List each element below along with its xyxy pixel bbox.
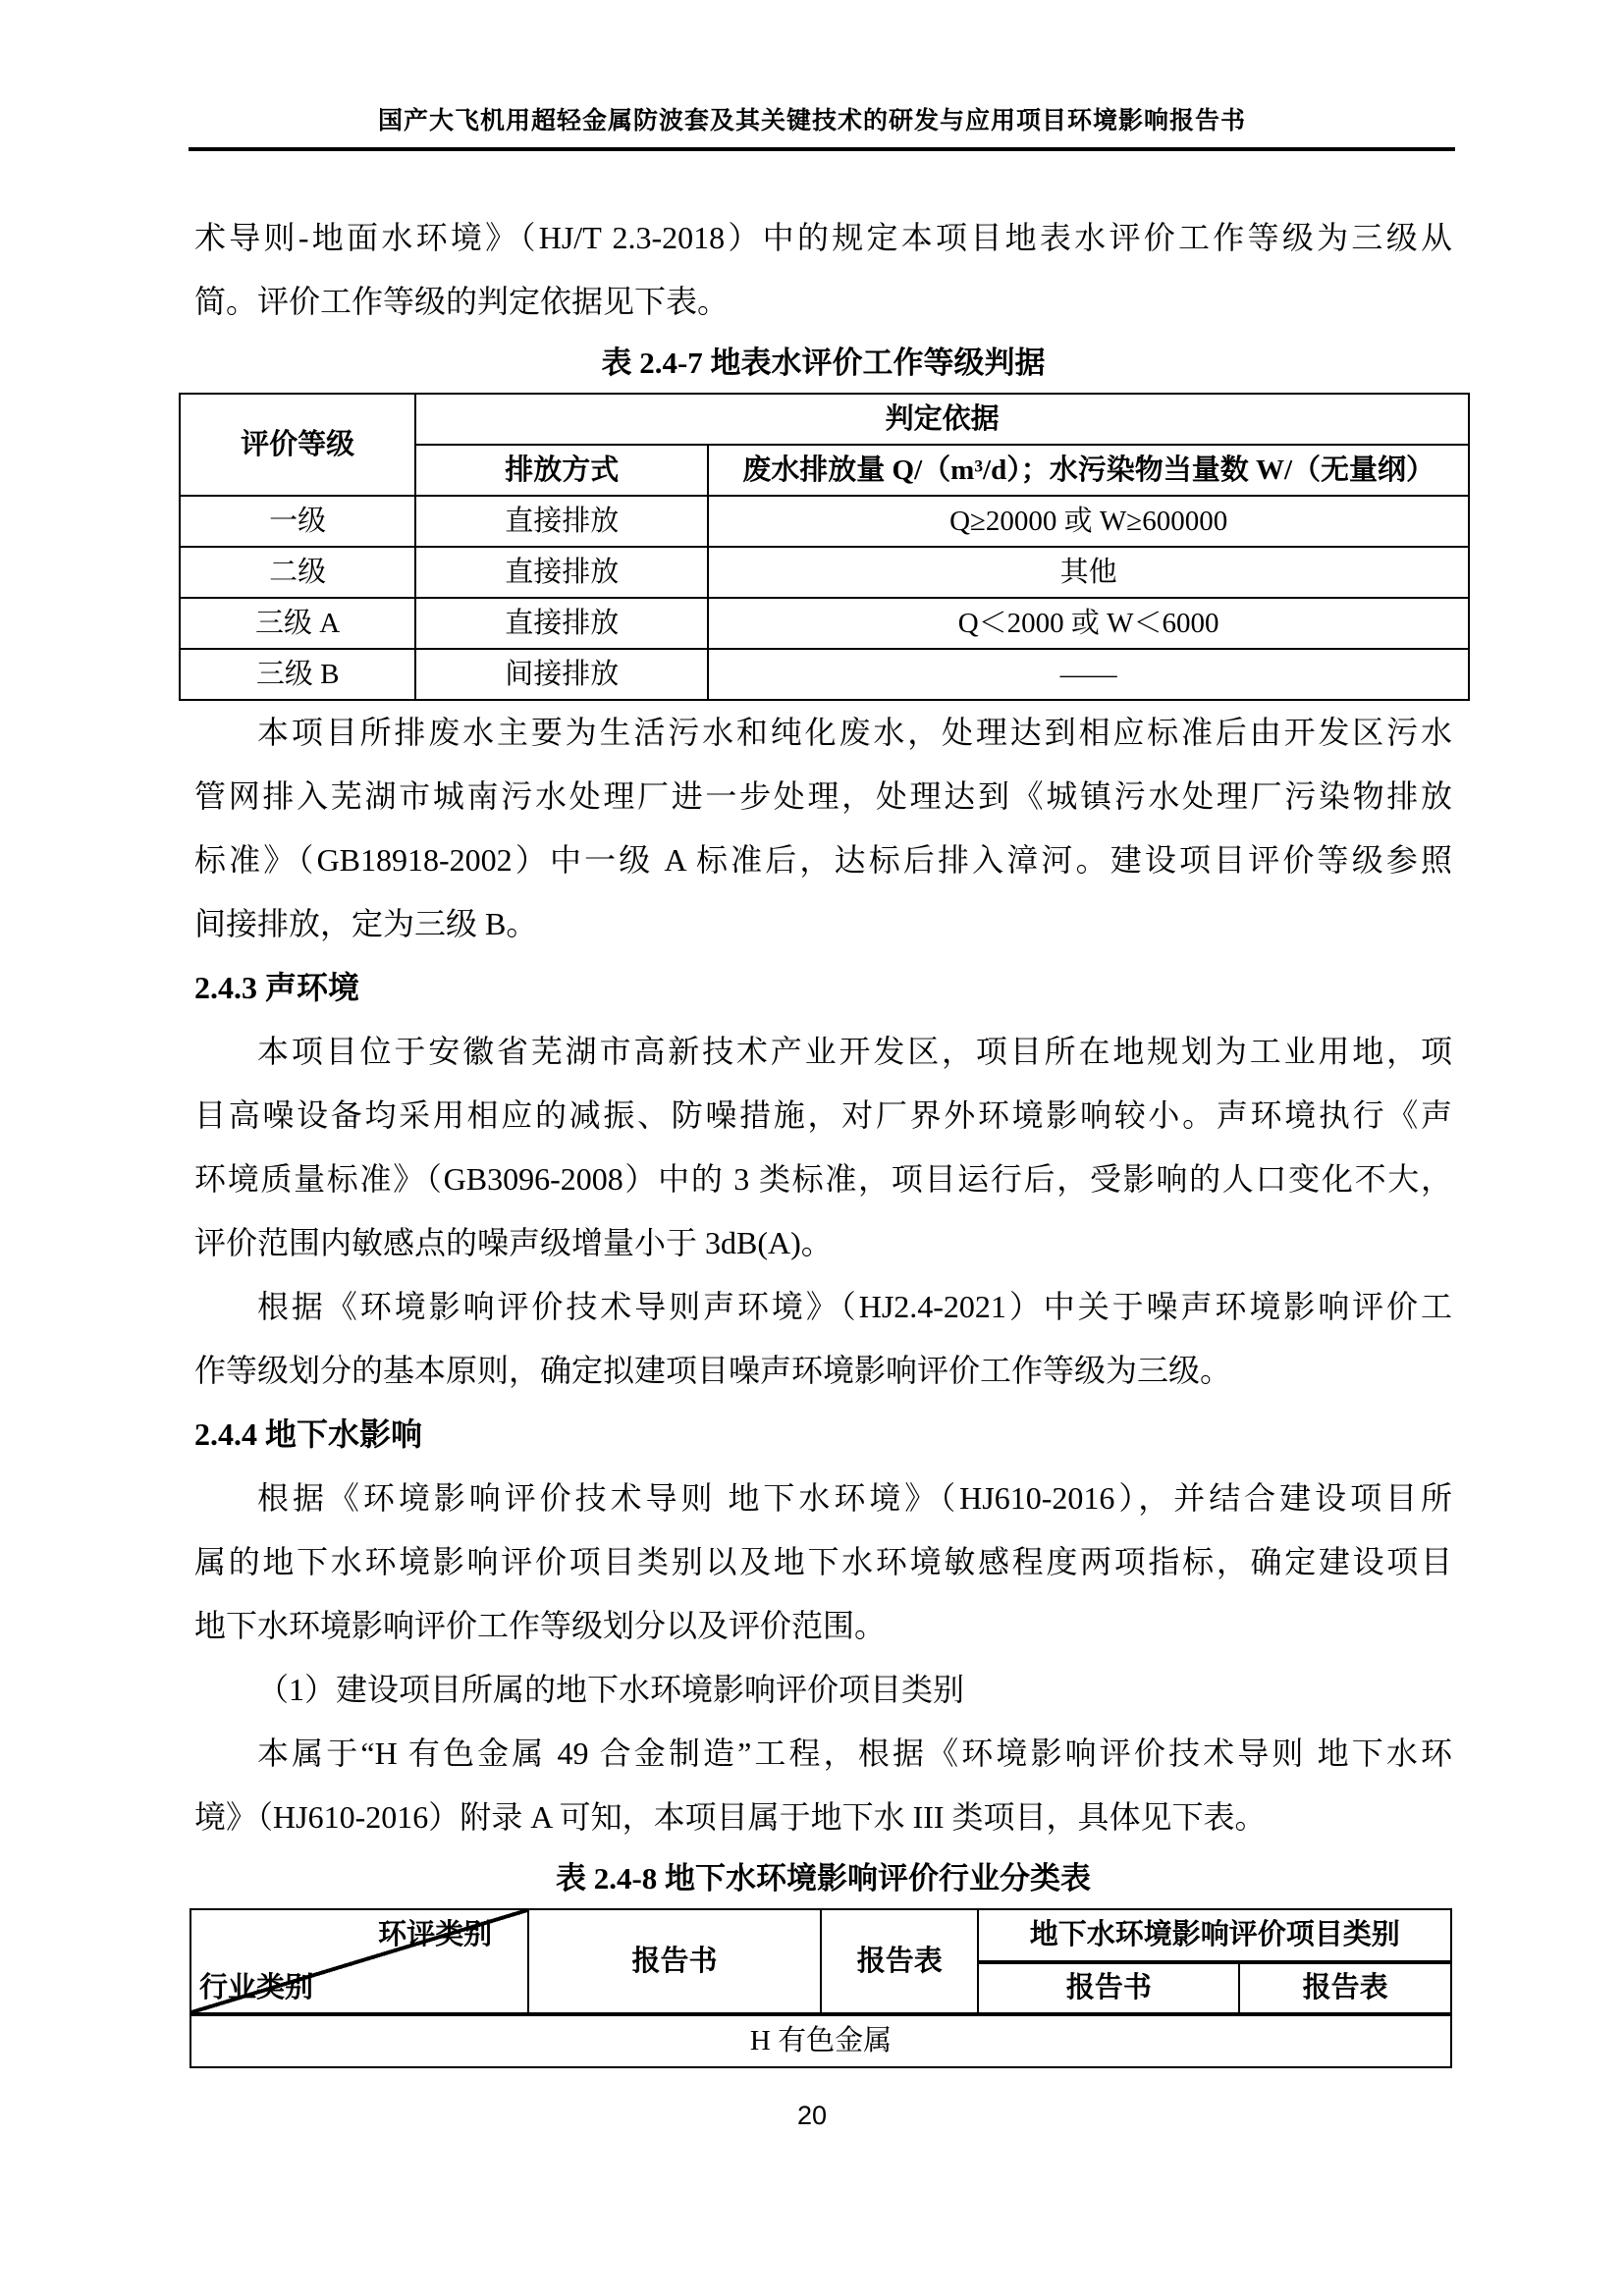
table-row: 环评类别 行业类别 报告书 报告表 地下水环境影响评价项目类别 bbox=[190, 1909, 1451, 1962]
page-number: 20 bbox=[0, 2101, 1624, 2131]
table-cell: 三级 B bbox=[180, 649, 415, 700]
paragraph-line: 根据《环境影响评价技术导则声环境》（HJ2.4-2021）中关于噪声环境影响评价… bbox=[194, 1275, 1452, 1339]
paragraph-line: 术导则-地面水环境》（HJ/T 2.3-2018）中的规定本项目地表水评价工作等… bbox=[194, 206, 1452, 270]
table-cell: 二级 bbox=[180, 547, 415, 598]
section-heading-243: 2.4.3 声环境 bbox=[194, 956, 1452, 1020]
table-row: 三级 B 间接排放 —— bbox=[180, 649, 1469, 700]
paragraph-line: 间接排放，定为三级 B。 bbox=[194, 892, 1452, 956]
running-header: 国产大飞机用超轻金属防波套及其关键技术的研发与应用项目环境影响报告书 bbox=[0, 0, 1624, 139]
paragraph-line: 根据《环境影响评价技术导则 地下水环境》（HJ610-2016），并结合建设项目… bbox=[194, 1467, 1452, 1530]
diagonal-label-eia-category: 环评类别 bbox=[378, 1917, 492, 1952]
table-cell-evaluation-level: 评价等级 bbox=[180, 394, 415, 496]
table-cell-sub-report-form: 报告表 bbox=[1239, 1962, 1451, 2014]
table-cell: 间接排放 bbox=[415, 649, 708, 700]
running-header-title: 国产大飞机用超轻金属防波套及其关键技术的研发与应用项目环境影响报告书 bbox=[378, 108, 1246, 134]
paragraph-line: 目高噪设备均采用相应的减振、防噪措施，对厂界外环境影响较小。声环境执行《声 bbox=[194, 1084, 1452, 1148]
paragraph-line: 本项目位于安徽省芜湖市高新技术产业开发区，项目所在地规划为工业用地，项 bbox=[194, 1020, 1452, 1084]
paragraph-line: 标准》（GB18918-2002）中一级 A 标准后，达标后排入漳河。建设项目评… bbox=[194, 828, 1452, 892]
table-row: 一级 直接排放 Q≥20000 或 W≥600000 bbox=[180, 496, 1469, 547]
paragraph-line: 本属于“H 有色金属 49 合金制造”工程，根据《环境影响评价技术导则 地下水环 bbox=[194, 1722, 1452, 1786]
table-cell-discharge-quantity: 废水排放量 Q/（m³/d）；水污染物当量数 W/（无量纲） bbox=[708, 445, 1469, 496]
paragraph-line: 属的地下水环境影响评价项目类别以及地下水环境敏感程度两项指标，确定建设项目 bbox=[194, 1530, 1452, 1594]
header-divider bbox=[189, 147, 1455, 151]
paragraph-line: 简。评价工作等级的判定依据见下表。 bbox=[194, 270, 1452, 334]
document-page: 国产大飞机用超轻金属防波套及其关键技术的研发与应用项目环境影响报告书 术导则-地… bbox=[0, 0, 1624, 2296]
table-cell-discharge-mode: 排放方式 bbox=[415, 445, 708, 496]
table-cell-diagonal-header: 环评类别 行业类别 bbox=[190, 1909, 528, 2014]
table-cell-report-form: 报告表 bbox=[821, 1909, 979, 2014]
table-cell-report-book: 报告书 bbox=[528, 1909, 821, 2014]
table-cell: —— bbox=[708, 649, 1469, 700]
table-cell: 直接排放 bbox=[415, 496, 708, 547]
table-cell-groundwater-category-group: 地下水环境影响评价项目类别 bbox=[978, 1909, 1451, 1962]
section-heading-244: 2.4.4 地下水影响 bbox=[194, 1403, 1452, 1467]
table-cell: Q≥20000 或 W≥600000 bbox=[708, 496, 1469, 547]
paragraph-line: 地下水环境影响评价工作等级划分以及评价范围。 bbox=[194, 1594, 1452, 1658]
paragraph-line: 本项目所排废水主要为生活污水和纯化废水，处理达到相应标准后由开发区污水 bbox=[194, 701, 1452, 765]
table-row: 二级 直接排放 其他 bbox=[180, 547, 1469, 598]
table-cell: 直接排放 bbox=[415, 547, 708, 598]
diagonal-label-industry-category: 行业类别 bbox=[199, 1970, 313, 2005]
table-cell-judgement-basis: 判定依据 bbox=[415, 394, 1469, 445]
table-row: 评价等级 判定依据 bbox=[180, 394, 1469, 445]
document-body: 术导则-地面水环境》（HJ/T 2.3-2018）中的规定本项目地表水评价工作等… bbox=[194, 206, 1452, 2068]
table-surface-water-grading: 评价等级 判定依据 排放方式 废水排放量 Q/（m³/d）；水污染物当量数 W/… bbox=[179, 393, 1470, 701]
table-cell: 三级 A bbox=[180, 598, 415, 649]
paragraph-line: 评价范围内敏感点的噪声级增量小于 3dB(A)。 bbox=[194, 1211, 1452, 1275]
table2-title: 表 2.4-8 地下水环境影响评价行业分类表 bbox=[194, 1849, 1452, 1908]
table-cell: 一级 bbox=[180, 496, 415, 547]
table-cell: 直接排放 bbox=[415, 598, 708, 649]
table-cell: Q＜2000 或 W＜6000 bbox=[708, 598, 1469, 649]
table-cell-sub-report-book: 报告书 bbox=[978, 1962, 1239, 2014]
table-row: H 有色金属 bbox=[190, 2014, 1451, 2067]
table1-title: 表 2.4-7 地表水评价工作等级判据 bbox=[194, 334, 1452, 393]
paragraph-line: 管网排入芜湖市城南污水处理厂进一步处理，处理达到《城镇污水处理厂污染物排放 bbox=[194, 765, 1452, 828]
table-cell-industry-row: H 有色金属 bbox=[190, 2014, 1451, 2067]
paragraph-line: （1）建设项目所属的地下水环境影响评价项目类别 bbox=[194, 1658, 1452, 1722]
table-groundwater-industry-classification: 环评类别 行业类别 报告书 报告表 地下水环境影响评价项目类别 报告书 报告表 … bbox=[189, 1908, 1452, 2068]
paragraph-line: 作等级划分的基本原则，确定拟建项目噪声环境影响评价工作等级为三级。 bbox=[194, 1339, 1452, 1403]
paragraph-line: 境》（HJ610-2016）附录 A 可知，本项目属于地下水 III 类项目，具… bbox=[194, 1786, 1452, 1849]
table-cell: 其他 bbox=[708, 547, 1469, 598]
table-row: 三级 A 直接排放 Q＜2000 或 W＜6000 bbox=[180, 598, 1469, 649]
paragraph-line: 环境质量标准》（GB3096-2008）中的 3 类标准，项目运行后，受影响的人… bbox=[194, 1148, 1452, 1211]
